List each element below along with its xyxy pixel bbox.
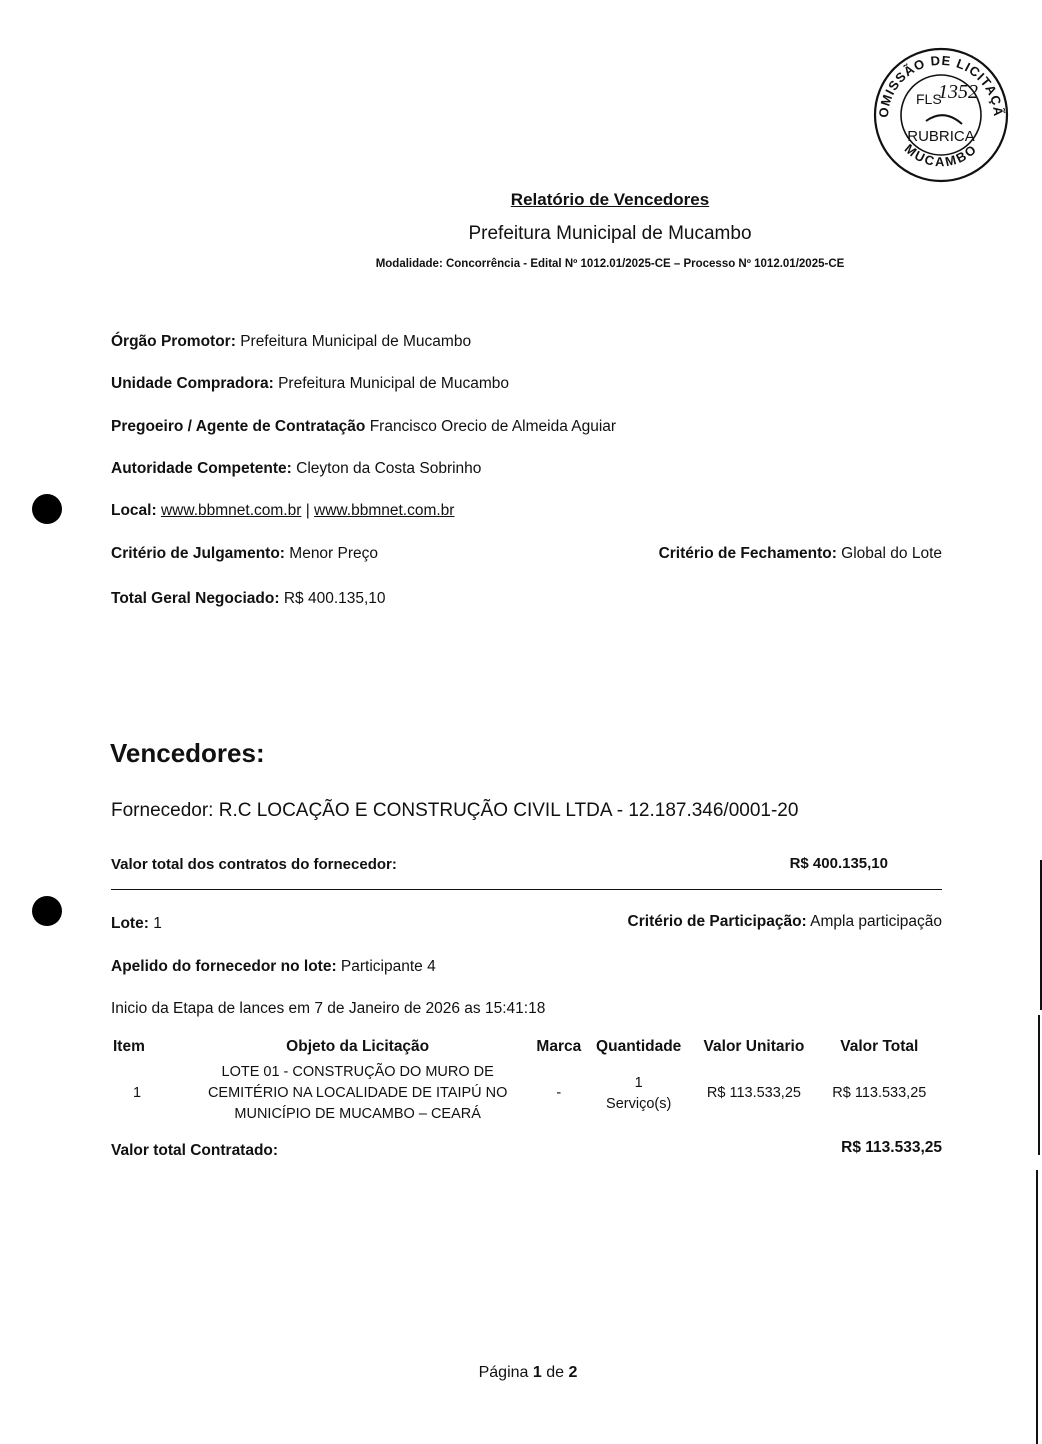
participacao-label: Critério de Participação: [628,913,807,930]
fornecedor-line: Fornecedor: R.C LOCAÇÃO E CONSTRUÇÃO CIV… [111,800,798,822]
col-header-item: Item [111,1036,184,1062]
pregoeiro-label: Pregoeiro / Agente de Contratação [111,418,365,435]
fechamento-value: Global do Lote [841,545,942,562]
total-contratado-value: R$ 113.533,25 [841,1139,942,1157]
unidade-compradora-field: Unidade Compradora: Prefeitura Municipal… [111,375,509,393]
apelido-field: Apelido do fornecedor no lote: Participa… [111,958,436,976]
julgamento-value: Menor Preço [289,545,378,562]
stamp-seal-icon: COMISSÃO DE LICITAÇÃO MUCAMBO FLS 1352 R… [866,46,1016,184]
fechamento-label: Critério de Fechamento: [659,545,837,562]
table-row: 1 LOTE 01 - CONSTRUÇÃO DO MURO DE CEMITÉ… [111,1062,942,1125]
cell-marca: - [532,1062,587,1125]
modalidade-line: Modalidade: Concorrência - Edital Nº 101… [0,258,1042,270]
table-header-row: Item Objeto da Licitação Marca Quantidad… [111,1036,942,1062]
quantidade-unit: Serviço(s) [588,1094,689,1115]
col-header-valor-unitario: Valor Unitario [691,1036,816,1062]
vencedores-heading: Vencedores: [110,738,265,769]
page-current: 1 [533,1364,542,1381]
report-subtitle: Prefeitura Municipal de Mucambo [0,223,1042,245]
autoridade-label: Autoridade Competente: [111,460,292,477]
orgao-promotor-field: Órgão Promotor: Prefeitura Municipal de … [111,333,471,351]
page-total: 2 [568,1364,577,1381]
cell-quantidade: 1 Serviço(s) [586,1062,691,1125]
participacao-value: Ampla participação [810,913,942,930]
cell-valor-unitario: R$ 113.533,25 [691,1062,816,1125]
apelido-value: Participante 4 [341,958,436,975]
lote-field: Lote: 1 [111,915,162,933]
pregoeiro-field: Pregoeiro / Agente de Contratação Franci… [111,418,616,436]
section-divider [111,889,942,890]
total-geral-field: Total Geral Negociado: R$ 400.135,10 [111,590,386,608]
local-link-1[interactable]: www.bbmnet.com.br [161,502,301,519]
punch-hole-icon [32,494,62,524]
items-table: Item Objeto da Licitação Marca Quantidad… [111,1036,942,1125]
local-label: Local: [111,502,157,519]
autoridade-value: Cleyton da Costa Sobrinho [296,460,481,477]
col-header-marca: Marca [532,1036,587,1062]
cell-valor-total: R$ 113.533,25 [817,1062,942,1125]
report-title: Relatório de Vencedores [0,190,1042,210]
cell-item: 1 [111,1062,184,1125]
objeto-line-2: CEMITÉRIO NA LOCALIDADE DE ITAIPÚ NO [186,1083,530,1104]
svg-text:1352: 1352 [938,81,978,103]
orgao-promotor-value: Prefeitura Municipal de Mucambo [240,333,471,350]
objeto-line-3: MUNICÍPIO DE MUCAMBO – CEARÁ [186,1104,530,1125]
total-geral-label: Total Geral Negociado: [111,590,280,607]
orgao-promotor-label: Órgão Promotor: [111,333,236,350]
supplier-total-label: Valor total dos contratos do fornecedor: [111,856,397,873]
fechamento-field: Critério de Fechamento: Global do Lote [659,545,942,563]
lote-label: Lote: [111,915,149,932]
unidade-compradora-value: Prefeitura Municipal de Mucambo [278,375,509,392]
unidade-compradora-label: Unidade Compradora: [111,375,274,392]
col-header-valor-total: Valor Total [817,1036,942,1062]
page-word: Página [479,1364,529,1381]
pregoeiro-value: Francisco Orecio de Almeida Aguiar [370,418,616,435]
svg-text:RUBRICA: RUBRICA [907,128,975,145]
cell-objeto: LOTE 01 - CONSTRUÇÃO DO MURO DE CEMITÉRI… [184,1062,532,1125]
scan-edge-line [1038,1015,1040,1155]
scan-edge-line [1036,1170,1038,1444]
total-contratado-label: Valor total Contratado: [111,1142,278,1160]
page-number: Página 1 de 2 [0,1364,1042,1382]
julgamento-field: Critério de Julgamento: Menor Preço [111,545,378,563]
col-header-objeto: Objeto da Licitação [184,1036,532,1062]
local-separator: | [306,502,310,519]
total-geral-value: R$ 400.135,10 [284,590,386,607]
quantidade-value: 1 [588,1073,689,1094]
local-field: Local: www.bbmnet.com.br | www.bbmnet.co… [111,502,454,520]
punch-hole-icon [32,896,62,926]
julgamento-label: Critério de Julgamento: [111,545,285,562]
apelido-label: Apelido do fornecedor no lote: [111,958,337,975]
supplier-total-value: R$ 400.135,10 [790,855,888,872]
local-link-2[interactable]: www.bbmnet.com.br [314,502,454,519]
svg-text:COMISSÃO DE LICITAÇÃO: COMISSÃO DE LICITAÇÃO [866,46,1006,118]
lote-value: 1 [153,915,162,932]
col-header-quantidade: Quantidade [586,1036,691,1062]
commission-stamp: COMISSÃO DE LICITAÇÃO MUCAMBO FLS 1352 R… [866,46,1016,184]
svg-text:MUCAMBO: MUCAMBO [902,141,981,169]
inicio-etapa: Inicio da Etapa de lances em 7 de Janeir… [111,1000,545,1018]
autoridade-field: Autoridade Competente: Cleyton da Costa … [111,460,481,478]
objeto-line-1: LOTE 01 - CONSTRUÇÃO DO MURO DE [186,1062,530,1083]
page-of: de [546,1364,564,1381]
participacao-field: Critério de Participação: Ampla particip… [628,913,942,931]
